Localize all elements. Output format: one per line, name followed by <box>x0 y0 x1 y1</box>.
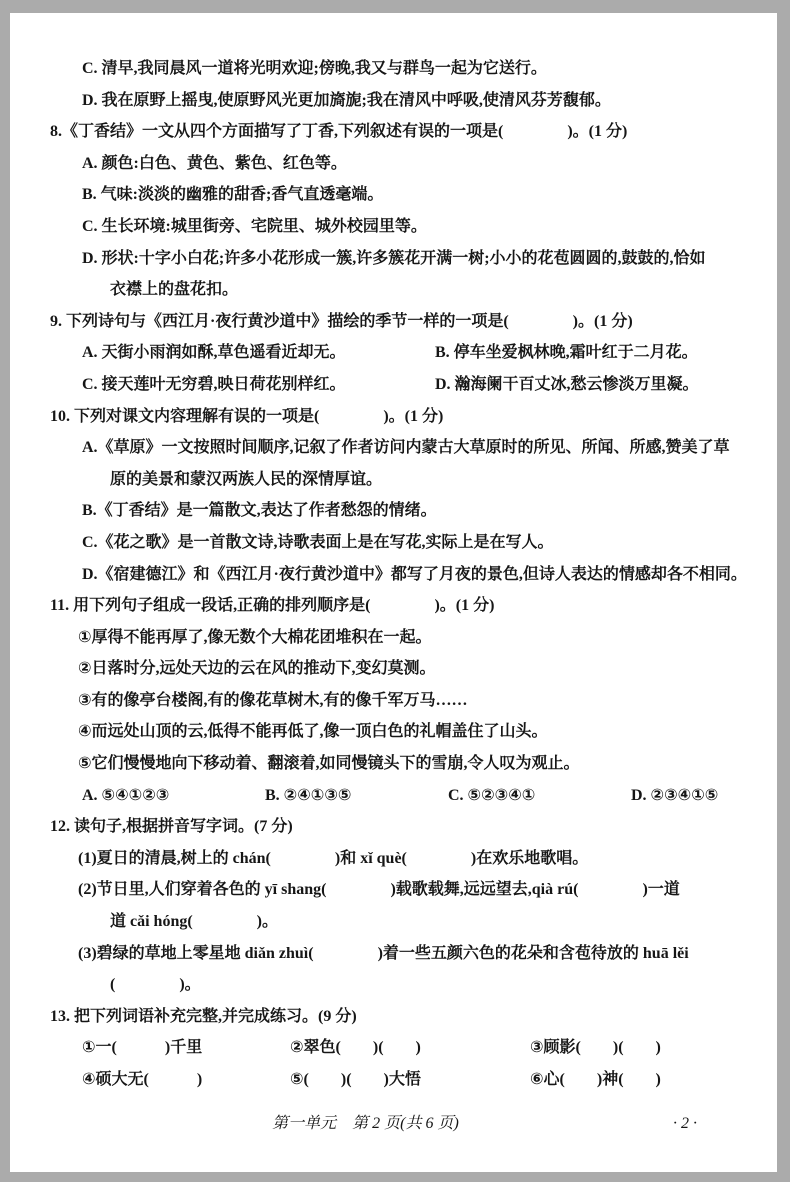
footer-section-text: 第一单元 第 2 页(共 6 页) <box>10 1113 777 1135</box>
q9-option-d: D. 瀚海阑干百丈冰,愁云惨淡万里凝。 <box>435 369 699 401</box>
desktop-background: { "colors": { "frame_background": "#abab… <box>0 0 790 1182</box>
exam-content: C. 清早,我同晨风一道将光明欢迎;傍晚,我又与群鸟一起为它送行。 D. 我在原… <box>10 13 777 1096</box>
q10-option-c: C.《花之歌》是一首散文诗,诗歌表面上是在写花,实际上是在写人。 <box>82 527 763 559</box>
q13-stem: 13. 把下列词语补充完整,并完成练习。(9 分) <box>50 1001 763 1033</box>
q10-option-a-line2: 原的美景和蒙汉两族人民的深情厚谊。 <box>110 464 763 496</box>
q11-stem: 11. 用下列句子组成一段话,正确的排列顺序是( )。(1 分) <box>50 590 763 622</box>
q13-blank-5: ⑤( )( )大悟 <box>290 1064 530 1096</box>
page-number-badge: · 2 · <box>673 1113 697 1135</box>
q11-sentence-3: ③有的像亭台楼阁,有的像花草树木,有的像千军万马…… <box>78 685 763 717</box>
q11-sentence-5: ⑤它们慢慢地向下移动着、翻滚着,如同慢镜头下的雪崩,令人叹为观止。 <box>78 748 763 780</box>
q13-blank-3: ③顾影( )( ) <box>530 1032 661 1064</box>
q8-option-d-line2: 衣襟上的盘花扣。 <box>110 274 763 306</box>
q11-sentence-4: ④而远处山顶的云,低得不能再低了,像一顶白色的礼帽盖住了山头。 <box>78 716 763 748</box>
q9-options-row-2: C. 接天莲叶无穷碧,映日荷花别样红。 D. 瀚海阑干百丈冰,愁云惨淡万里凝。 <box>82 369 763 401</box>
q12-stem: 12. 读句子,根据拼音写字词。(7 分) <box>50 811 763 843</box>
q10-option-b: B.《丁香结》是一篇散文,表达了作者愁怨的情绪。 <box>82 495 763 527</box>
q12-item-3-line1: (3)碧绿的草地上零星地 diǎn zhuì( )着一些五颜六色的花朵和含苞待放… <box>78 938 763 970</box>
q8-option-a: A. 颜色:白色、黄色、紫色、红色等。 <box>82 148 763 180</box>
q12-item-3-line2: ( )。 <box>110 969 763 1001</box>
q12-item-2-line2: 道 cǎi hóng( )。 <box>110 906 763 938</box>
q13-blank-1: ①一( )千里 <box>82 1032 290 1064</box>
q8-option-d-line1: D. 形状:十字小白花;许多小花形成一簇,许多簇花开满一树;小小的花苞圆圆的,鼓… <box>82 243 763 275</box>
q10-stem: 10. 下列对课文内容理解有误的一项是( )。(1 分) <box>50 401 763 433</box>
q13-blank-2: ②翠色( )( ) <box>290 1032 530 1064</box>
q7-option-d: D. 我在原野上摇曳,使原野风光更加旖旎;我在清风中呼吸,使清风芬芳馥郁。 <box>82 85 763 117</box>
q13-blanks-row-2: ④硕大无( ) ⑤( )( )大悟 ⑥心( )神( ) <box>82 1064 763 1096</box>
q9-options-row-1: A. 天街小雨润如酥,草色遥看近却无。 B. 停车坐爱枫林晚,霜叶红于二月花。 <box>82 337 763 369</box>
q11-answer-option-d: D. ②③④①⑤ <box>631 780 718 812</box>
q9-stem: 9. 下列诗句与《西江月·夜行黄沙道中》描绘的季节一样的一项是( )。(1 分) <box>50 306 763 338</box>
q11-answer-options-row: A. ⑤④①②③ B. ②④①③⑤ C. ⑤②③④① D. ②③④①⑤ <box>82 780 763 812</box>
q13-blank-6: ⑥心( )神( ) <box>530 1064 661 1096</box>
q9-option-c: C. 接天莲叶无穷碧,映日荷花别样红。 <box>82 369 435 401</box>
q11-answer-option-a: A. ⑤④①②③ <box>82 780 265 812</box>
q10-option-d: D.《宿建德江》和《西江月·夜行黄沙道中》都写了月夜的景色,但诗人表达的情感却各… <box>82 559 763 591</box>
q8-option-c: C. 生长环境:城里街旁、宅院里、城外校园里等。 <box>82 211 763 243</box>
q11-sentence-2: ②日落时分,远处天边的云在风的推动下,变幻莫测。 <box>78 653 763 685</box>
page-footer: 第一单元 第 2 页(共 6 页) · 2 · <box>10 1113 777 1135</box>
exam-paper-page: C. 清早,我同晨风一道将光明欢迎;傍晚,我又与群鸟一起为它送行。 D. 我在原… <box>10 13 777 1172</box>
q11-answer-option-c: C. ⑤②③④① <box>448 780 631 812</box>
q7-option-c: C. 清早,我同晨风一道将光明欢迎;傍晚,我又与群鸟一起为它送行。 <box>82 53 763 85</box>
q13-blanks-row-1: ①一( )千里 ②翠色( )( ) ③顾影( )( ) <box>82 1032 763 1064</box>
q13-blank-4: ④硕大无( ) <box>82 1064 290 1096</box>
q9-option-b: B. 停车坐爱枫林晚,霜叶红于二月花。 <box>435 337 698 369</box>
q12-item-2-line1: (2)节日里,人们穿着各色的 yī shang( )载歌载舞,远远望去,qià … <box>78 874 763 906</box>
q11-sentence-1: ①厚得不能再厚了,像无数个大棉花团堆积在一起。 <box>78 622 763 654</box>
q12-item-1: (1)夏日的清晨,树上的 chán( )和 xǐ què( )在欢乐地歌唱。 <box>78 843 763 875</box>
q8-option-b: B. 气味:淡淡的幽雅的甜香;香气直透毫端。 <box>82 179 763 211</box>
q11-answer-option-b: B. ②④①③⑤ <box>265 780 448 812</box>
q10-option-a-line1: A.《草原》一文按照时间顺序,记叙了作者访问内蒙古大草原时的所见、所闻、所感,赞… <box>82 432 763 464</box>
q9-option-a: A. 天街小雨润如酥,草色遥看近却无。 <box>82 337 435 369</box>
q8-stem: 8.《丁香结》一文从四个方面描写了丁香,下列叙述有误的一项是( )。(1 分) <box>50 116 763 148</box>
